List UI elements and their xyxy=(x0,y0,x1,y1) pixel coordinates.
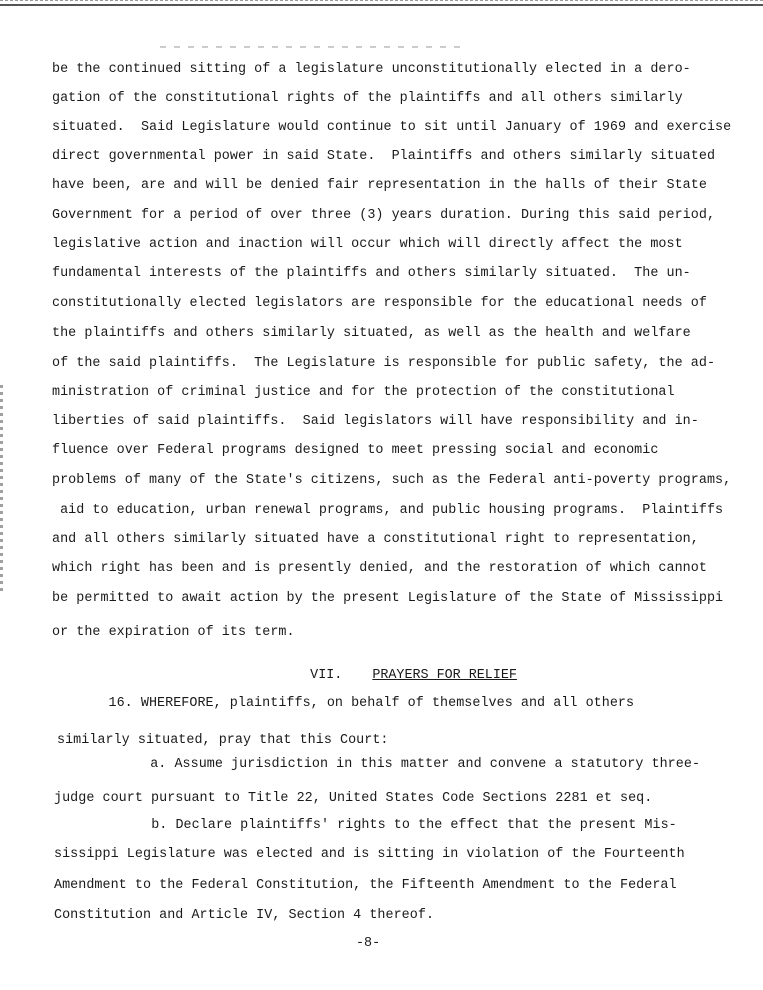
text-line: gation of the constitutional rights of t… xyxy=(52,91,683,107)
text-line: sissippi Legislature was elected and is … xyxy=(54,847,685,863)
section-title: PRAYERS FOR RELIEF xyxy=(372,668,517,683)
scan-artifact xyxy=(160,46,460,48)
text-line: constitutionally elected legislators are… xyxy=(52,296,707,312)
text-line: 16. WHEREFORE, plaintiffs, on behalf of … xyxy=(60,696,634,712)
text-line: Amendment to the Federal Constitution, t… xyxy=(54,878,677,894)
text-line: situated. Said Legislature would continu… xyxy=(52,120,731,136)
text-line: the plaintiffs and others similarly situ… xyxy=(52,326,691,342)
section-heading: VII.PRAYERS FOR RELIEF xyxy=(278,652,517,700)
text-line: b. Declare plaintiffs' rights to the eff… xyxy=(38,818,677,834)
section-number: VII. xyxy=(310,668,342,683)
text-line: liberties of said plaintiffs. Said legis… xyxy=(52,414,699,430)
text-line: legislative action and inaction will occ… xyxy=(52,237,683,253)
text-line: be the continued sitting of a legislatur… xyxy=(52,62,691,78)
text-line: fluence over Federal programs designed t… xyxy=(52,443,658,459)
text-line: have been, are and will be denied fair r… xyxy=(52,178,707,194)
text-line: Constitution and Article IV, Section 4 t… xyxy=(54,908,434,924)
page-top-edge xyxy=(0,0,763,6)
text-line: and all others similarly situated have a… xyxy=(52,532,699,548)
text-line: problems of many of the State's citizens… xyxy=(52,473,731,489)
text-line: similarly situated, pray that this Court… xyxy=(57,733,389,749)
text-line: judge court pursuant to Title 22, United… xyxy=(54,791,652,807)
text-line: aid to education, urban renewal programs… xyxy=(52,503,723,519)
text-line: which right has been and is presently de… xyxy=(52,561,707,577)
text-line: of the said plaintiffs. The Legislature … xyxy=(52,356,715,372)
binding-marks xyxy=(0,385,3,595)
text-line: ministration of criminal justice and for… xyxy=(52,385,675,401)
text-line: a. Assume jurisdiction in this matter an… xyxy=(37,757,700,773)
text-line: or the expiration of its term. xyxy=(52,625,295,641)
text-line: fundamental interests of the plaintiffs … xyxy=(52,266,691,282)
page-number: -8- xyxy=(356,936,380,952)
text-line: Government for a period of over three (3… xyxy=(52,208,715,224)
text-line: direct governmental power in said State.… xyxy=(52,149,715,165)
text-line: be permitted to await action by the pres… xyxy=(52,591,723,607)
